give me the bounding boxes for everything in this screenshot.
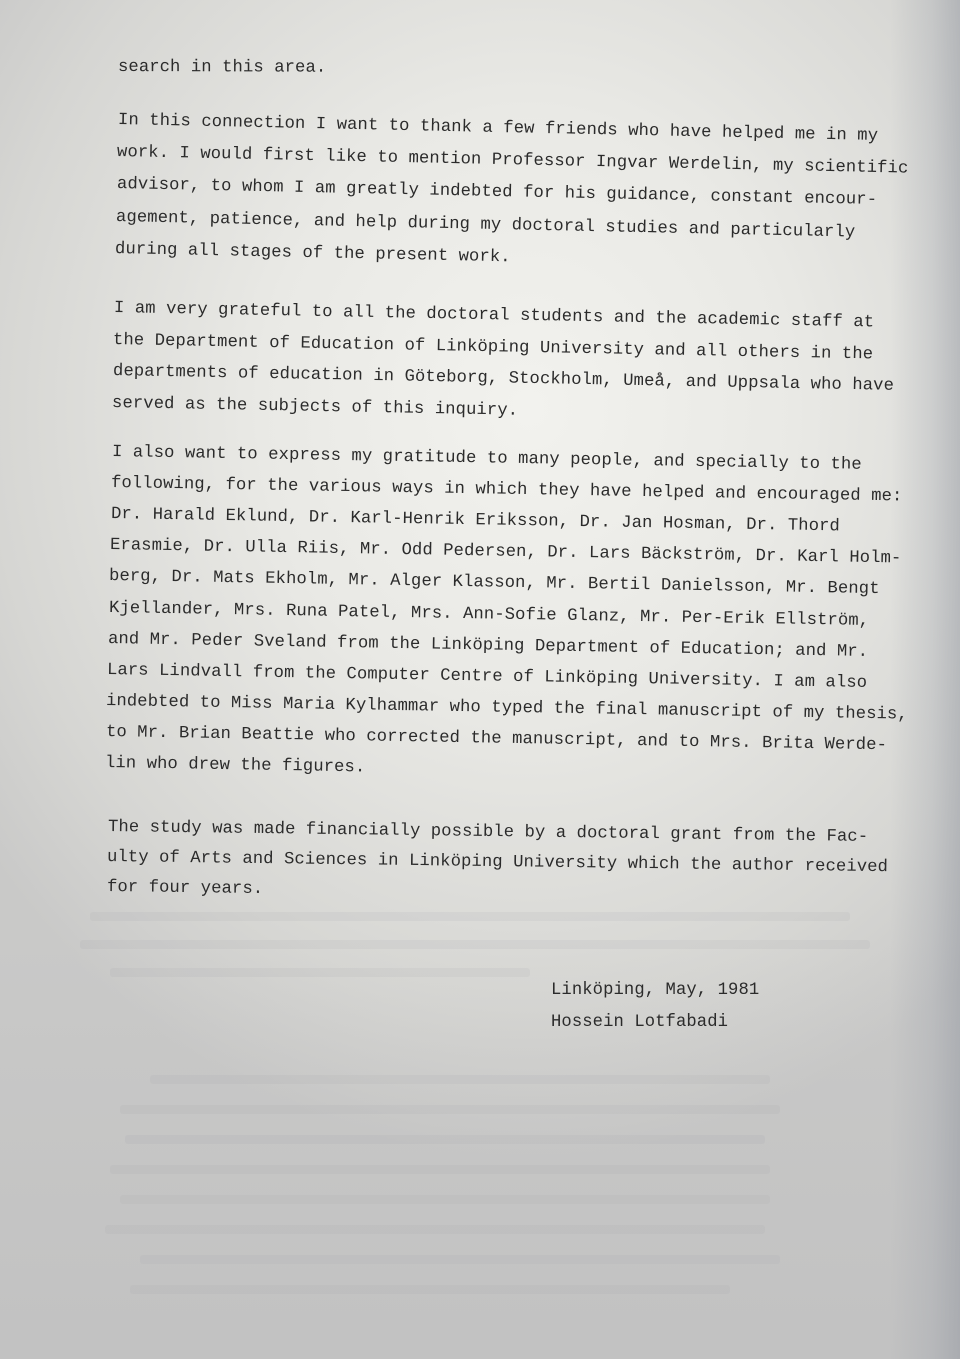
show-through-line [120, 1195, 770, 1204]
text-line: departments of education in Göteborg, St… [112, 363, 893, 395]
show-through-line [80, 940, 870, 949]
show-through-line [120, 1105, 780, 1114]
page-shading [0, 939, 960, 1359]
text-line: Erasmie, Dr. Ulla Riis, Mr. Odd Pedersen… [110, 537, 902, 568]
text-line: work. I would first like to mention Prof… [117, 144, 909, 178]
show-through-line [150, 1075, 770, 1084]
text-line: indebted to Miss Maria Kylhammar who typ… [106, 693, 908, 724]
show-through-line [110, 968, 530, 977]
text-line: Lars Lindvall from the Computer Centre o… [107, 662, 867, 692]
text-line: agement, patience, and help during my do… [116, 209, 856, 242]
show-through-line [105, 1225, 765, 1234]
signature-place-date: Linköping, May, 1981 [551, 982, 759, 999]
scanned-page: search in this area.In this connection I… [0, 0, 960, 1359]
text-line: The study was made financially possible … [108, 819, 868, 846]
text-line: Dr. Harald Eklund, Dr. Karl-Henrik Eriks… [110, 506, 839, 536]
text-line: I am very grateful to all the doctoral s… [114, 300, 874, 332]
show-through-line [130, 1285, 730, 1294]
show-through-line [125, 1135, 765, 1144]
text-line: lin who drew the figures. [105, 755, 366, 777]
text-line: to Mr. Brian Beattie who corrected the m… [106, 724, 887, 754]
text-line: berg, Dr. Mats Ekholm, Mr. Alger Klasson… [109, 568, 880, 598]
text-line: I also want to express my gratitude to m… [112, 444, 862, 474]
text-line: for four years. [106, 879, 262, 898]
text-line: In this connection I want to thank a few… [118, 112, 878, 145]
show-through-line [110, 1165, 770, 1174]
text-line: ulty of Arts and Sciences in Linköping U… [107, 849, 888, 876]
signature-author: Hossein Lotfabadi [551, 1014, 728, 1031]
text-line: following, for the various ways in which… [111, 475, 903, 506]
text-line: search in this area. [118, 59, 326, 77]
page-edge-shadow [890, 0, 960, 1359]
text-line: served as the subjects of this inquiry. [112, 395, 518, 420]
text-line: and Mr. Peder Sveland from the Linköping… [108, 631, 868, 661]
text-line: the Department of Education of Linköping… [113, 332, 873, 364]
signature-block: Linköping, May, 1981 Hossein Lotfabadi [0, 0, 42, 69]
text-line: advisor, to whom I am greatly indebted f… [116, 176, 876, 209]
show-through-line [90, 912, 850, 921]
show-through-line [140, 1255, 780, 1264]
text-line: during all stages of the present work. [115, 241, 511, 267]
text-line: Kjellander, Mrs. Runa Patel, Mrs. Ann-So… [108, 600, 868, 630]
